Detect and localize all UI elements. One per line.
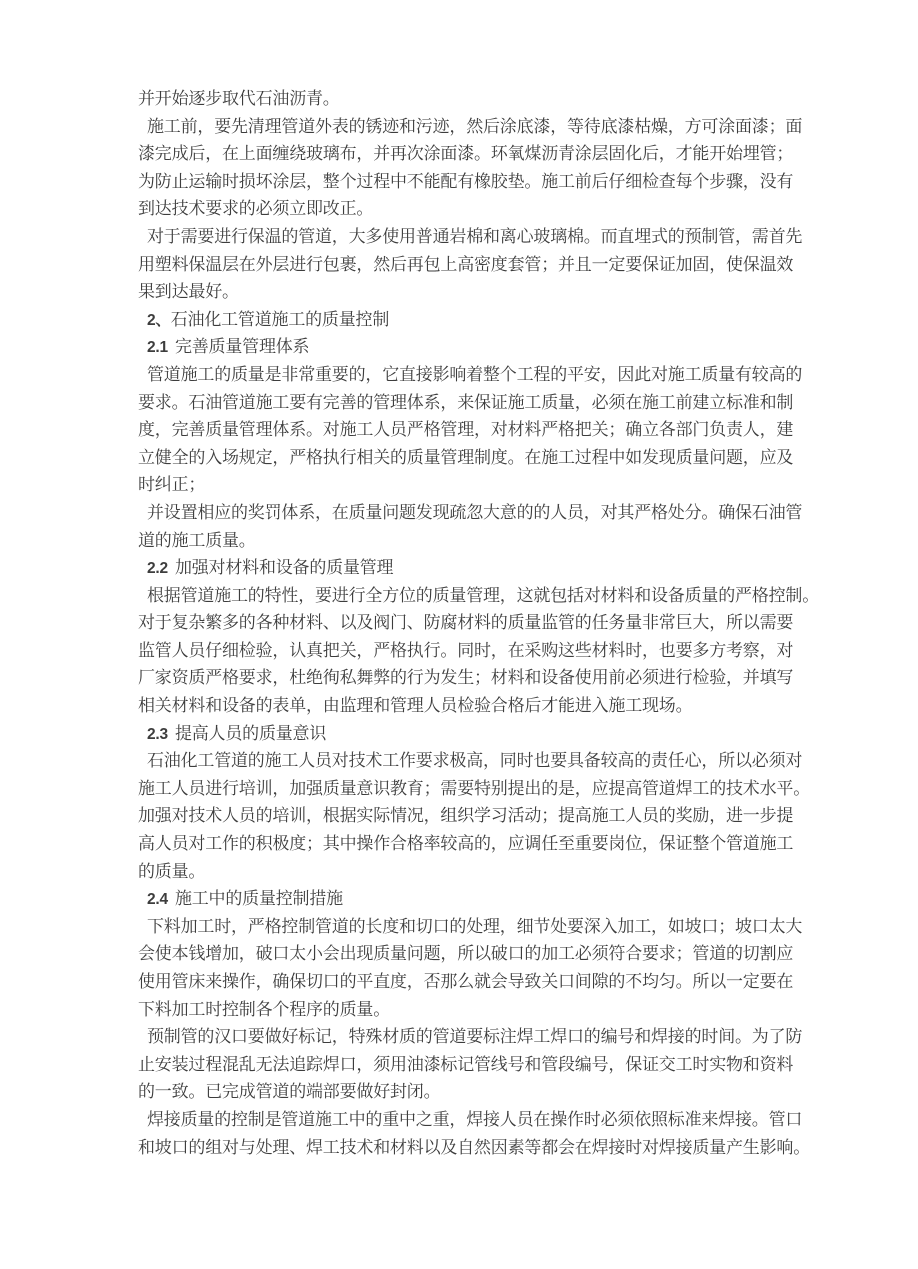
text-line: 的一致。已完成管道的端部要做好封闭。 <box>138 1078 793 1106</box>
line-text: 和坡口的组对与处理、焊工技术和材料以及自然因素等都会在焊接时对焊接质量产生影响。 <box>138 1138 810 1157</box>
line-text: 厂家资质严格要求，杜绝徇私舞弊的行为发生；材料和设备使用前必须进行检验，并填写 <box>138 668 793 687</box>
line-text: 石油化工管道的施工人员对技术工作要求极高，同时也要具备较高的责任心，所以必须对 <box>147 751 802 770</box>
text-line: 和坡口的组对与处理、焊工技术和材料以及自然因素等都会在焊接时对焊接质量产生影响。 <box>138 1134 793 1162</box>
heading-line: 2.4施工中的质量控制措施 <box>138 885 793 913</box>
line-text: 的质量。 <box>138 862 205 881</box>
heading-number: 2.1 <box>147 339 168 356</box>
text-line: 焊接质量的控制是管道施工中的重中之重，焊接人员在操作时必须依照标准来焊接。管口 <box>138 1106 793 1134</box>
heading-number: 2、 <box>147 312 171 329</box>
heading-text: 加强对材料和设备的质量管理 <box>175 558 393 577</box>
heading-text: 提高人员的质量意识 <box>175 724 326 743</box>
heading-text: 石油化工管道施工的质量控制 <box>171 310 389 329</box>
line-text: 立健全的入场规定，严格执行相关的质量管理制度。在施工过程中如发现质量问题，应及 <box>138 448 793 467</box>
text-line: 果到达最好。 <box>138 278 793 306</box>
heading-text: 施工中的质量控制措施 <box>175 889 343 908</box>
text-line: 使用管床来操作，确保切口的平直度，否那么就会导致关口间隙的不均匀。所以一定要在 <box>138 968 793 996</box>
line-text: 对于复杂繁多的各种材料、以及阀门、防腐材料的质量监管的任务量非常巨大，所以需要 <box>138 613 793 632</box>
heading-line: 2.2加强对材料和设备的质量管理 <box>138 554 793 582</box>
line-text: 为防止运输时损坏涂层，整个过程中不能配有橡胶垫。施工前后仔细检查每个步骤，没有 <box>138 172 793 191</box>
text-line: 对于需要进行保温的管道，大多使用普通岩棉和离心玻璃棉。而直埋式的预制管，需首先 <box>138 223 793 251</box>
text-line: 为防止运输时损坏涂层，整个过程中不能配有橡胶垫。施工前后仔细检查每个步骤，没有 <box>138 168 793 196</box>
text-line: 下料加工时，严格控制管道的长度和切口的处理，细节处要深入加工，如坡口；坡口太大 <box>138 913 793 941</box>
line-text: 加强对技术人员的培训，根据实际情况，组织学习活动；提高施工人员的奖励，进一步提 <box>138 806 793 825</box>
heading-number: 2.3 <box>147 726 168 743</box>
text-line: 会使本钱增加，破口太小会出现质量问题，所以破口的加工必须符合要求；管道的切割应 <box>138 940 793 968</box>
text-line: 下料加工时控制各个程序的质量。 <box>138 996 793 1024</box>
document-text-block: 并开始逐步取代石油沥青。施工前，要先清理管道外表的锈迹和污迹，然后涂底漆，等待底… <box>138 85 793 1161</box>
text-line: 用塑料保温层在外层进行包裹，然后再包上高密度套管；并且一定要保证加固，使保温效 <box>138 251 793 279</box>
heading-number: 2.2 <box>147 560 168 577</box>
text-line: 相关材料和设备的表单，由监理和管理人员检验合格后才能进入施工现场。 <box>138 692 793 720</box>
text-line: 立健全的入场规定，严格执行相关的质量管理制度。在施工过程中如发现质量问题，应及 <box>138 444 793 472</box>
line-text: 漆完成后，在上面缠绕玻璃布，并再次涂面漆。环氧煤沥青涂层固化后，才能开始埋管； <box>138 144 793 163</box>
text-line: 根据管道施工的特性，要进行全方位的质量管理，这就包括对材料和设备质量的严格控制。 <box>138 582 793 610</box>
heading-line: 2.1完善质量管理体系 <box>138 333 793 361</box>
line-text: 果到达最好。 <box>138 282 239 301</box>
text-line: 石油化工管道的施工人员对技术工作要求极高，同时也要具备较高的责任心，所以必须对 <box>138 747 793 775</box>
text-line: 度，完善质量管理体系。对施工人员严格管理，对材料严格把关；确立各部门负责人，建 <box>138 416 793 444</box>
text-line: 漆完成后，在上面缠绕玻璃布，并再次涂面漆。环氧煤沥青涂层固化后，才能开始埋管； <box>138 140 793 168</box>
line-text: 并开始逐步取代石油沥青。 <box>138 89 340 108</box>
text-line: 止安装过程混乱无法追踪焊口，须用油漆标记管线号和管段编号，保证交工时实物和资料 <box>138 1051 793 1079</box>
text-line: 到达技术要求的必须立即改正。 <box>138 195 793 223</box>
line-text: 度，完善质量管理体系。对施工人员严格管理，对材料严格把关；确立各部门负责人，建 <box>138 420 793 439</box>
line-text: 要求。石油管道施工要有完善的管理体系，来保证施工质量，必须在施工前建立标准和制 <box>138 393 793 412</box>
line-text: 对于需要进行保温的管道，大多使用普通岩棉和离心玻璃棉。而直埋式的预制管，需首先 <box>147 227 802 246</box>
line-text: 并设置相应的奖罚体系，在质量问题发现疏忽大意的的人员，对其严格处分。确保石油管 <box>147 503 802 522</box>
line-text: 高人员对工作的积极度；其中操作合格率较高的，应调任至重要岗位，保证整个管道施工 <box>138 834 793 853</box>
line-text: 的一致。已完成管道的端部要做好封闭。 <box>138 1082 440 1101</box>
line-text: 施工人员进行培训，加强质量意识教育；需要特别提出的是，应提高管道焊工的技术水平。 <box>138 779 810 798</box>
text-line: 管道施工的质量是非常重要的，它直接影响着整个工程的平安，因此对施工质量有较高的 <box>138 361 793 389</box>
text-line: 的质量。 <box>138 858 793 886</box>
line-text: 使用管床来操作，确保切口的平直度，否那么就会导致关口间隙的不均匀。所以一定要在 <box>138 972 793 991</box>
text-line: 要求。石油管道施工要有完善的管理体系，来保证施工质量，必须在施工前建立标准和制 <box>138 389 793 417</box>
line-text: 管道施工的质量是非常重要的，它直接影响着整个工程的平安，因此对施工质量有较高的 <box>147 365 802 384</box>
document-viewport: { "page": { "background_color": "#ffffff… <box>0 0 918 1269</box>
text-line: 道的施工质量。 <box>138 527 793 555</box>
heading-text: 完善质量管理体系 <box>175 337 309 356</box>
text-line: 施工人员进行培训，加强质量意识教育；需要特别提出的是，应提高管道焊工的技术水平。 <box>138 775 793 803</box>
line-text: 到达技术要求的必须立即改正。 <box>138 199 373 218</box>
line-text: 时纠正； <box>138 475 205 494</box>
line-text: 用塑料保温层在外层进行包裹，然后再包上高密度套管；并且一定要保证加固，使保温效 <box>138 255 793 274</box>
line-text: 会使本钱增加，破口太小会出现质量问题，所以破口的加工必须符合要求；管道的切割应 <box>138 944 793 963</box>
line-text: 焊接质量的控制是管道施工中的重中之重，焊接人员在操作时必须依照标准来焊接。管口 <box>147 1110 802 1129</box>
text-line: 厂家资质严格要求，杜绝徇私舞弊的行为发生；材料和设备使用前必须进行检验，并填写 <box>138 664 793 692</box>
heading-number: 2.4 <box>147 891 168 908</box>
line-text: 监管人员仔细检验，认真把关，严格执行。同时，在采购这些材料时，也要多方考察，对 <box>138 641 793 660</box>
line-text: 止安装过程混乱无法追踪焊口，须用油漆标记管线号和管段编号，保证交工时实物和资料 <box>138 1055 793 1074</box>
line-text: 相关材料和设备的表单，由监理和管理人员检验合格后才能进入施工现场。 <box>138 696 692 715</box>
text-line: 并开始逐步取代石油沥青。 <box>138 85 793 113</box>
text-line: 时纠正； <box>138 471 793 499</box>
line-text: 下料加工时，严格控制管道的长度和切口的处理，细节处要深入加工，如坡口；坡口太大 <box>147 917 802 936</box>
line-text: 施工前，要先清理管道外表的锈迹和污迹，然后涂底漆，等待底漆枯燥，方可涂面漆；面 <box>147 117 802 136</box>
line-text: 下料加工时控制各个程序的质量。 <box>138 1000 390 1019</box>
line-text: 道的施工质量。 <box>138 531 256 550</box>
heading-line: 2.3提高人员的质量意识 <box>138 720 793 748</box>
document-page: 并开始逐步取代石油沥青。施工前，要先清理管道外表的锈迹和污迹，然后涂底漆，等待底… <box>0 0 918 1269</box>
text-line: 对于复杂繁多的各种材料、以及阀门、防腐材料的质量监管的任务量非常巨大，所以需要 <box>138 609 793 637</box>
text-line: 施工前，要先清理管道外表的锈迹和污迹，然后涂底漆，等待底漆枯燥，方可涂面漆；面 <box>138 113 793 141</box>
text-line: 高人员对工作的积极度；其中操作合格率较高的，应调任至重要岗位，保证整个管道施工 <box>138 830 793 858</box>
text-line: 加强对技术人员的培训，根据实际情况，组织学习活动；提高施工人员的奖励，进一步提 <box>138 802 793 830</box>
line-text: 预制管的汉口要做好标记，特殊材质的管道要标注焊工焊口的编号和焊接的时间。为了防 <box>147 1027 802 1046</box>
line-text: 根据管道施工的特性，要进行全方位的质量管理，这就包括对材料和设备质量的严格控制。 <box>147 586 819 605</box>
text-line: 监管人员仔细检验，认真把关，严格执行。同时，在采购这些材料时，也要多方考察，对 <box>138 637 793 665</box>
heading-line: 2、石油化工管道施工的质量控制 <box>138 306 793 334</box>
text-line: 预制管的汉口要做好标记，特殊材质的管道要标注焊工焊口的编号和焊接的时间。为了防 <box>138 1023 793 1051</box>
text-line: 并设置相应的奖罚体系，在质量问题发现疏忽大意的的人员，对其严格处分。确保石油管 <box>138 499 793 527</box>
